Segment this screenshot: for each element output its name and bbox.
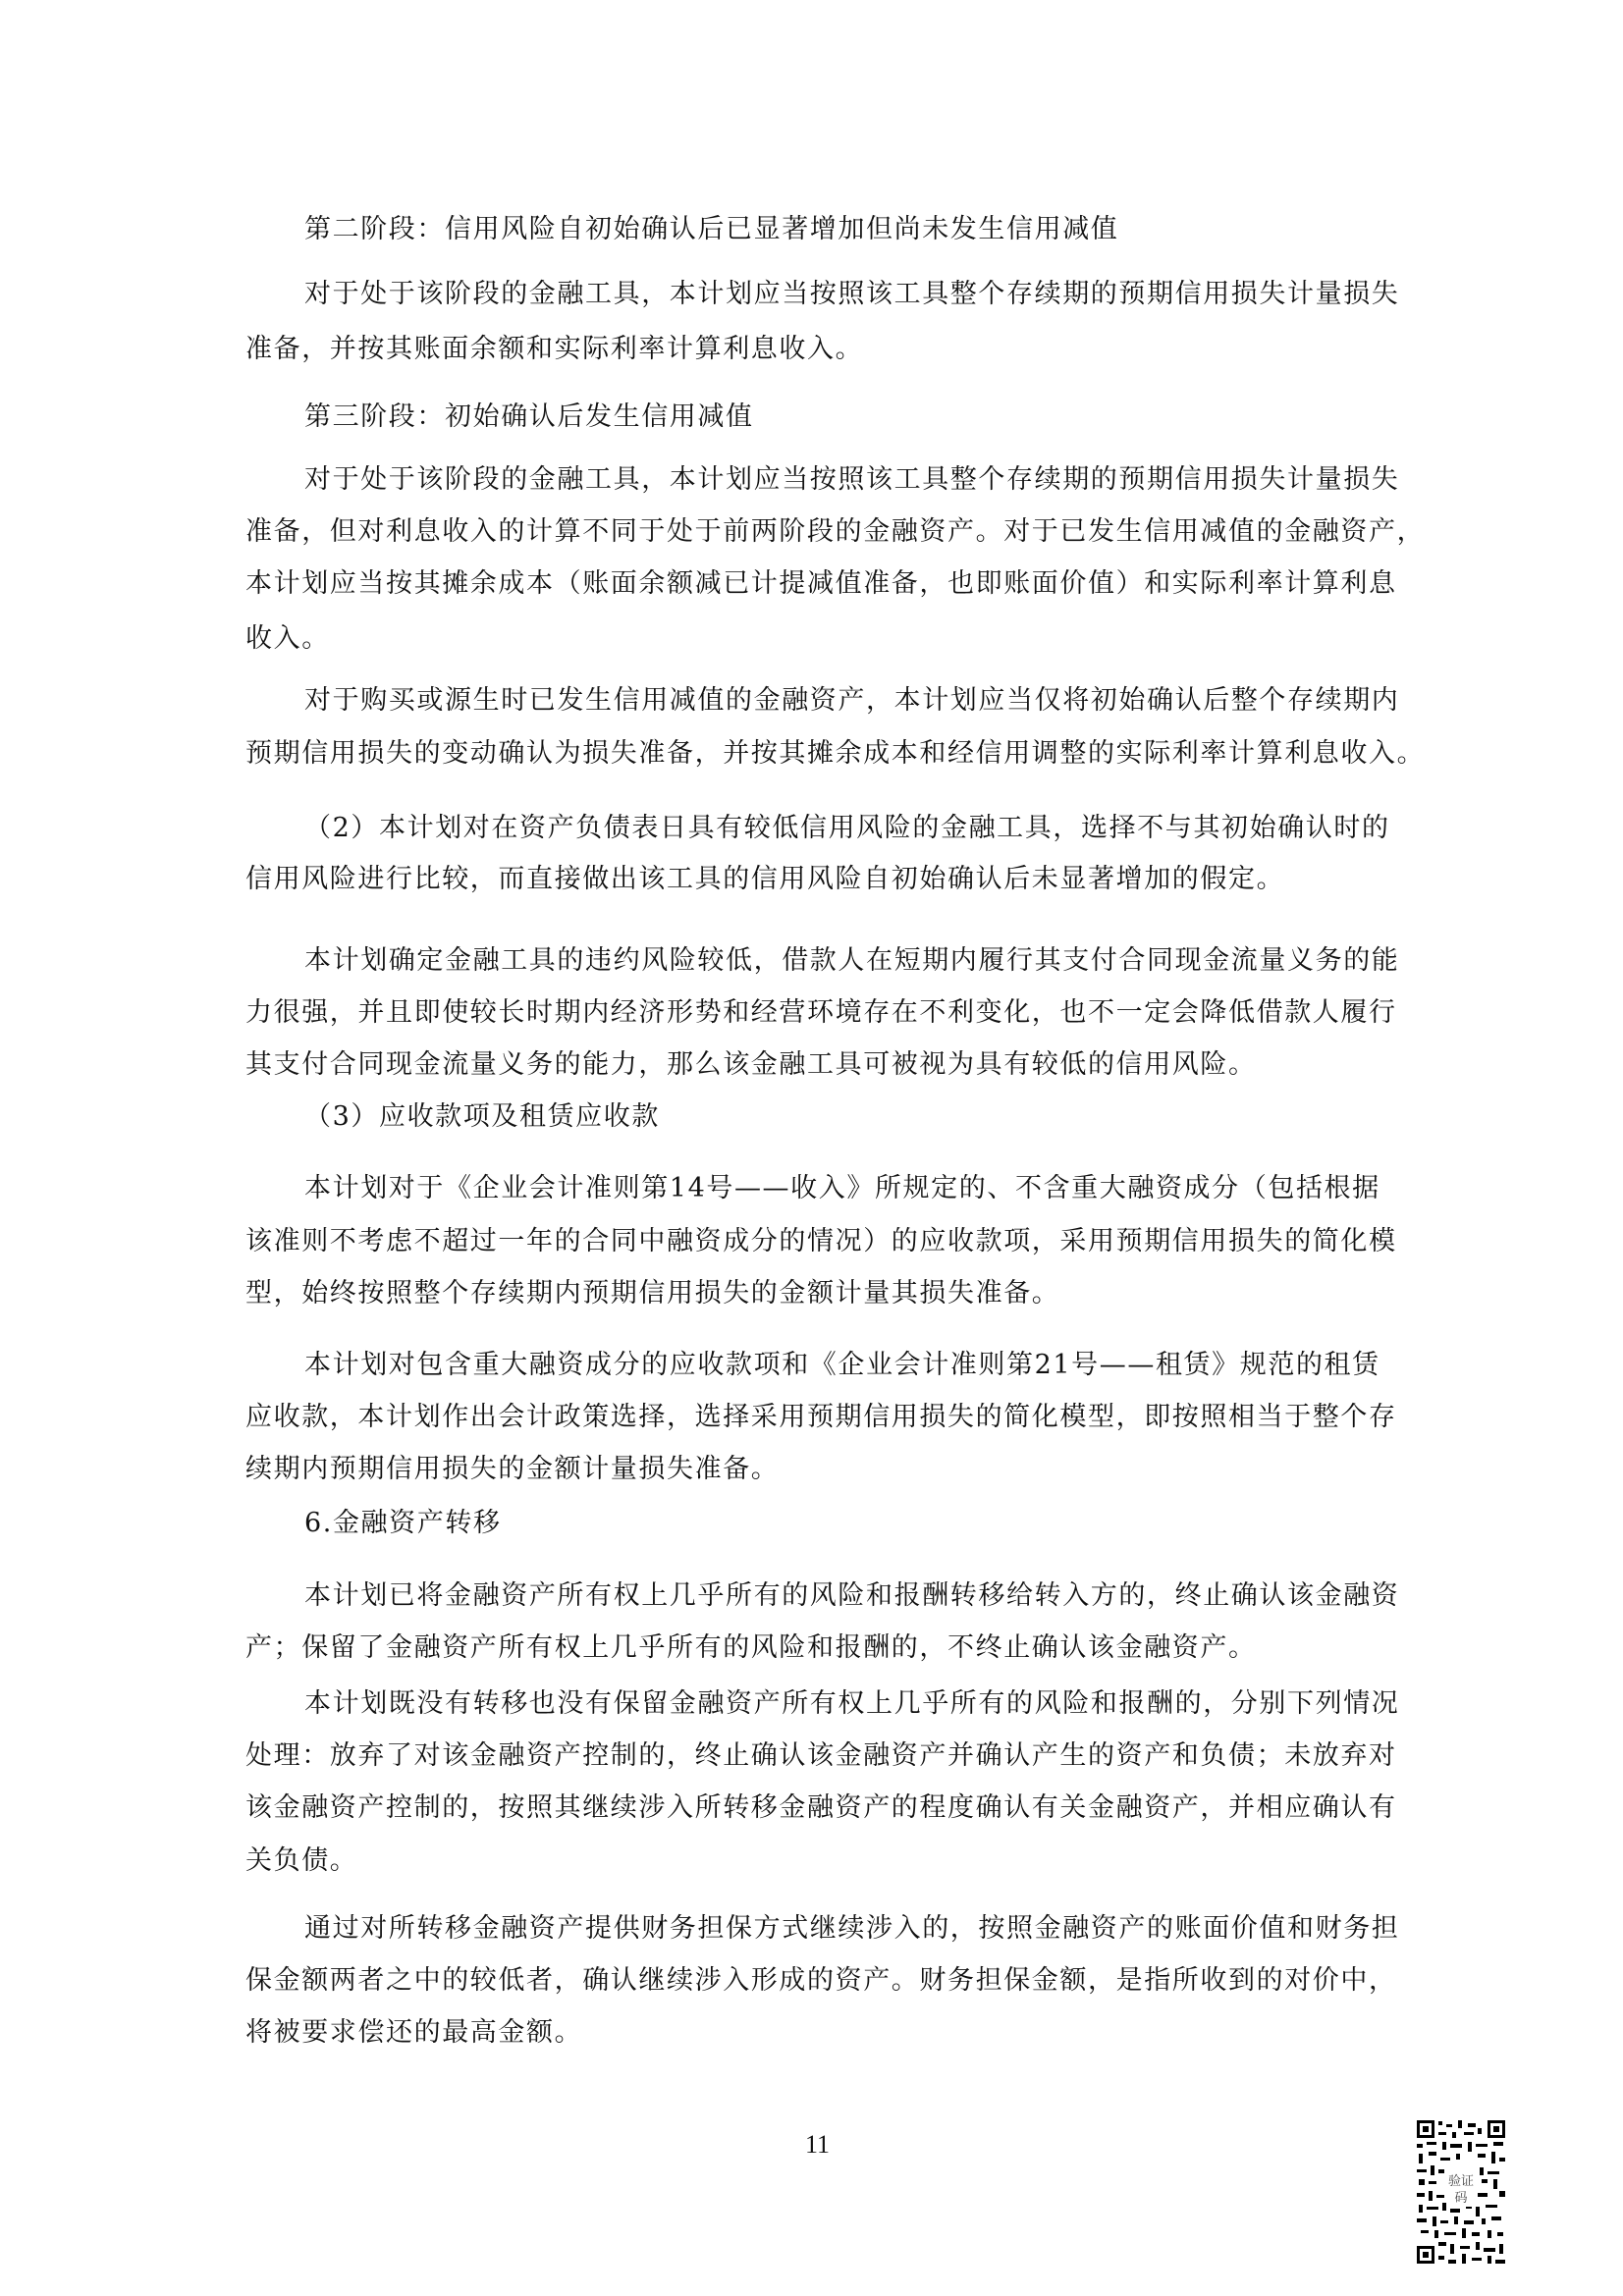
text-line: 该准则不考虑不超过一年的合同中融资成分的情况）的应收款项，采用预期信用损失的简化… [245, 1222, 1434, 1261]
text-line: 预期信用损失的变动确认为损失准备，并按其摊余成本和经信用调整的实际利率计算利息收… [245, 734, 1434, 774]
text-line: 第三阶段：初始确认后发生信用减值 [304, 398, 1434, 437]
text-line: 力很强，并且即使较长时期内经济形势和经营环境存在不利变化，也不一定会降低借款人履… [245, 993, 1434, 1033]
text-line: 本计划已将金融资产所有权上几乎所有的风险和报酬转移给转入方的，终止确认该金融资 [304, 1576, 1434, 1616]
text-line: 关负债。 [245, 1842, 1434, 1881]
text-line: 将被要求偿还的最高金额。 [245, 2013, 1434, 2053]
svg-text:码: 码 [1454, 2191, 1467, 2206]
qr-code-icon: 验证 码 [1415, 2118, 1507, 2267]
text-line: 对于处于该阶段的金融工具，本计划应当按照该工具整个存续期的预期信用损失计量损失 [304, 275, 1434, 314]
text-line: 通过对所转移金融资产提供财务担保方式继续涉入的，按照金融资产的账面价值和财务担 [304, 1909, 1434, 1949]
text-line: 准备，但对利息收入的计算不同于处于前两阶段的金融资产。对于已发生信用减值的金融资… [245, 512, 1434, 552]
text-line: 信用风险进行比较，而直接做出该工具的信用风险自初始确认后未显著增加的假定。 [245, 860, 1434, 899]
text-line: 保金额两者之中的较低者，确认继续涉入形成的资产。财务担保金额，是指所收到的对价中… [245, 1961, 1434, 2001]
text-line: 本计划对包含重大融资成分的应收款项和《企业会计准则第21号——租赁》规范的租赁 [304, 1346, 1434, 1385]
text-line: 准备，并按其账面余额和实际利率计算利息收入。 [245, 330, 1434, 369]
text-line: 第二阶段：信用风险自初始确认后已显著增加但尚未发生信用减值 [304, 210, 1434, 249]
text-line: 处理：放弃了对该金融资产控制的，终止确认该金融资产并确认产生的资产和负债；未放弃… [245, 1736, 1434, 1776]
text-line: 该金融资产控制的，按照其继续涉入所转移金融资产的程度确认有关金融资产，并相应确认… [245, 1789, 1434, 1828]
document-page: 第二阶段：信用风险自初始确认后已显著增加但尚未发生信用减值对于处于该阶段的金融工… [0, 0, 1623, 2296]
text-line: 型，始终按照整个存续期内预期信用损失的金额计量其损失准备。 [245, 1274, 1434, 1313]
text-line: 收入。 [245, 619, 1434, 659]
text-line: 对于处于该阶段的金融工具，本计划应当按照该工具整个存续期的预期信用损失计量损失 [304, 460, 1434, 500]
text-line: 其支付合同现金流量义务的能力，那么该金融工具可被视为具有较低的信用风险。 [245, 1045, 1434, 1085]
text-line: 对于购买或源生时已发生信用减值的金融资产，本计划应当仅将初始确认后整个存续期内 [304, 681, 1434, 721]
text-line: 本计划确定金融工具的违约风险较低，借款人在短期内履行其支付合同现金流量义务的能 [304, 941, 1434, 981]
text-line: （2）本计划对在资产负债表日具有较低信用风险的金融工具，选择不与其初始确认时的 [304, 809, 1434, 848]
text-line: 本计划对于《企业会计准则第14号——收入》所规定的、不含重大融资成分（包括根据 [304, 1169, 1434, 1208]
svg-text:验证: 验证 [1448, 2174, 1474, 2189]
text-line: 6.金融资产转移 [304, 1504, 1434, 1543]
text-line: 本计划既没有转移也没有保留金融资产所有权上几乎所有的风险和报酬的，分别下列情况 [304, 1684, 1434, 1724]
text-line: 续期内预期信用损失的金额计量损失准备。 [245, 1450, 1434, 1489]
text-line: （3）应收款项及租赁应收款 [304, 1097, 1434, 1137]
text-line: 产；保留了金融资产所有权上几乎所有的风险和报酬的，不终止确认该金融资产。 [245, 1629, 1434, 1668]
page-number: 11 [805, 2130, 830, 2160]
text-line: 应收款，本计划作出会计政策选择，选择采用预期信用损失的简化模型，即按照相当于整个… [245, 1398, 1434, 1437]
text-line: 本计划应当按其摊余成本（账面余额减已计提减值准备，也即账面价值）和实际利率计算利… [245, 564, 1434, 604]
